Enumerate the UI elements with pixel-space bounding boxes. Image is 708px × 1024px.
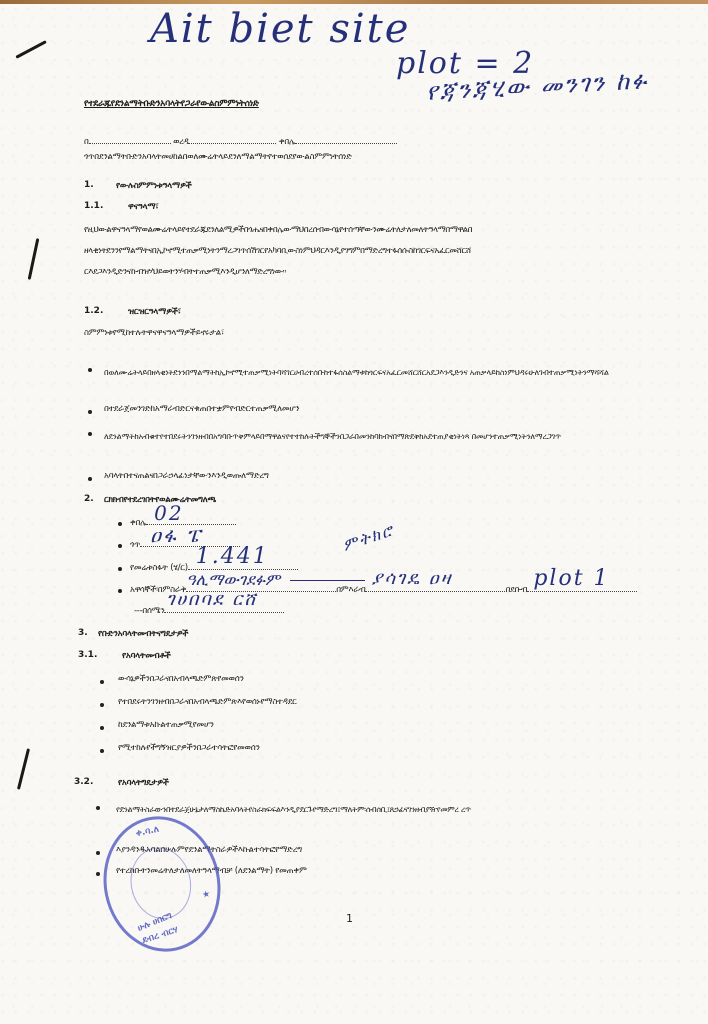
- bullet-dot: [96, 851, 100, 855]
- bullet-dot: [118, 589, 122, 593]
- bullet-dot: [100, 726, 104, 730]
- section-3-1-heading: የአባላትመብቶች: [122, 651, 171, 661]
- right-item: ውሳኔዎችንበጋራናበአብላጫድምጽየመወሰን: [118, 674, 244, 684]
- bullet-dot: [88, 432, 92, 436]
- north-boundary-field: ---በሰሜን ገሀበባደ ርሸ: [134, 603, 284, 616]
- bullet-dot: [118, 522, 122, 526]
- kebele-field-label: ቀበሌ: [130, 518, 146, 528]
- kebele-field-value: 02: [154, 501, 183, 525]
- stamp-inner-ring: [124, 842, 198, 925]
- section-1-1-heading: ዋናዓላማ፣: [128, 202, 159, 212]
- objective-item: በወለሙሬትላይበዘላቂነትደንንበማልማትከኢኮኖሚተጠቃሚነትባሻገርሀብረ…: [104, 362, 664, 383]
- section-3-number: 3.: [78, 628, 88, 638]
- kebele-label: ቀበሌ: [279, 137, 295, 147]
- section-3-2-heading: የአባላትግዴታዎች: [118, 778, 169, 788]
- objective-item: ለደንልማትከአብቁተየተበደሩትንገንዘብበአግባቡጥቅምላይበማዋልናየተተ…: [104, 426, 664, 447]
- section-1-1-paragraph-line-1: የዚህውልዋናዓላማየወልሙሬትላይየተደራጁደንለልሚዎችበጎሔናበቀበሌውማ…: [84, 224, 472, 235]
- north-boundary-label: በሰሜን: [142, 606, 164, 616]
- section-1-2-intro: ስምምነቱየሚከተሉትዋናዋናዓላማዎችይኖሩታል፣: [84, 328, 224, 338]
- objective-item: በተደራጀመንገድከአማራብድርናቁጠበተቋምየብድርተጠቃሚለመሆን: [104, 404, 299, 414]
- objective-item: አባላትበተናጠልናበጋራኃላፊነታቸውንእንዲወጡለማድረግ: [104, 471, 269, 481]
- west-boundary-label: በምእራብ: [336, 585, 365, 595]
- land-area-field-value: 1.441: [196, 544, 269, 569]
- bullet-dot: [100, 703, 104, 707]
- page-number: 1: [346, 912, 353, 925]
- bullet-dot: [96, 806, 100, 810]
- south-boundary-label: በደቡብ: [505, 585, 527, 595]
- bullet-dot: [96, 872, 100, 876]
- bullet-dot: [88, 410, 92, 414]
- bullet-dot: [118, 544, 122, 548]
- right-item: የተበደሩትንገንዘብበጋራናበአብላጫድምጽእየወሰኑየማስተዳደር: [118, 697, 297, 707]
- duty-item: የደንልማትስራውንበተደራጀሁኔታለማስኬድአባላትየስራክፍፍልእንዲያደር…: [116, 800, 676, 820]
- bullet-dot: [88, 477, 92, 481]
- section-1-1-number: 1.1.: [84, 201, 103, 211]
- bullet-dot: [100, 749, 104, 753]
- location-line: በ ወረዳ ቀበሌ: [84, 134, 397, 147]
- land-area-field-label: የመሬቱስፋት (ሄ/ር): [130, 563, 188, 573]
- right-item: ከደንልማቱአኩልተጠቃሚየመሆን: [118, 720, 214, 730]
- stamp-star: ★: [201, 889, 211, 900]
- south-boundary-value: plot 1: [533, 566, 609, 591]
- got-field-value: ዐፋ ፔ: [150, 523, 202, 547]
- section-1-1-paragraph-line-3: ርእደጋእንዲድንናኩብዝሃህይወትንሃብትተጠቃሚእንዲሆንለማድረግነው።: [84, 266, 286, 277]
- west-boundary-value: ያሳገዴ ዐዛ: [371, 568, 452, 589]
- stamp-text-top: ቀ.ባ.ለ: [135, 825, 160, 840]
- east-boundary-value: ዓሊማውገደፉም: [186, 570, 280, 590]
- section-1-2-heading: ዝርዝርዓላማዎች፣: [128, 307, 181, 317]
- signature-underline: [290, 580, 365, 581]
- bullet-dot: [100, 680, 104, 684]
- section-1-heading: የውሉስምምነቱዓላማዎች: [116, 181, 191, 191]
- got-field-label: ጎጥ: [130, 540, 140, 550]
- woreda-label: ወረዳ: [173, 137, 188, 147]
- right-item: የሚተከሉየችግኝዝርያዎችንበጋራተሳትፎየመወሰን: [118, 743, 260, 753]
- north-boundary-value: ገሀበባደ ርሸ: [166, 589, 257, 610]
- section-3-1-number: 3.1.: [78, 650, 97, 660]
- section-1-2-number: 1.2.: [84, 306, 103, 316]
- section-2-number: 2.: [84, 494, 94, 504]
- document-title: የተደራጁየደንልማትቡድንአባላትየጋራየውልስምምነትሰነድ: [84, 98, 259, 109]
- handwritten-site-note: Ait biet site: [150, 6, 410, 52]
- intro-text: ጎጥበደንልማትቡድንአባላትመሀከልበወለሙሬትላይደንለማልማትየተወሰደየ…: [84, 152, 352, 162]
- bullet-dot: [88, 368, 92, 372]
- section-3-heading: የቡድንአባላትመብትናግዴታዎች: [98, 629, 188, 639]
- bullet-dot: [118, 567, 122, 571]
- section-1-1-paragraph-line-2: ዘላቂነትደንንየማልማትናበኢኮኖሚተጠቃሚነትንማረጋገጥሰሽገርየአካባቢ…: [84, 245, 471, 256]
- section-1-number: 1.: [84, 180, 94, 190]
- section-3-2-number: 3.2.: [74, 777, 93, 787]
